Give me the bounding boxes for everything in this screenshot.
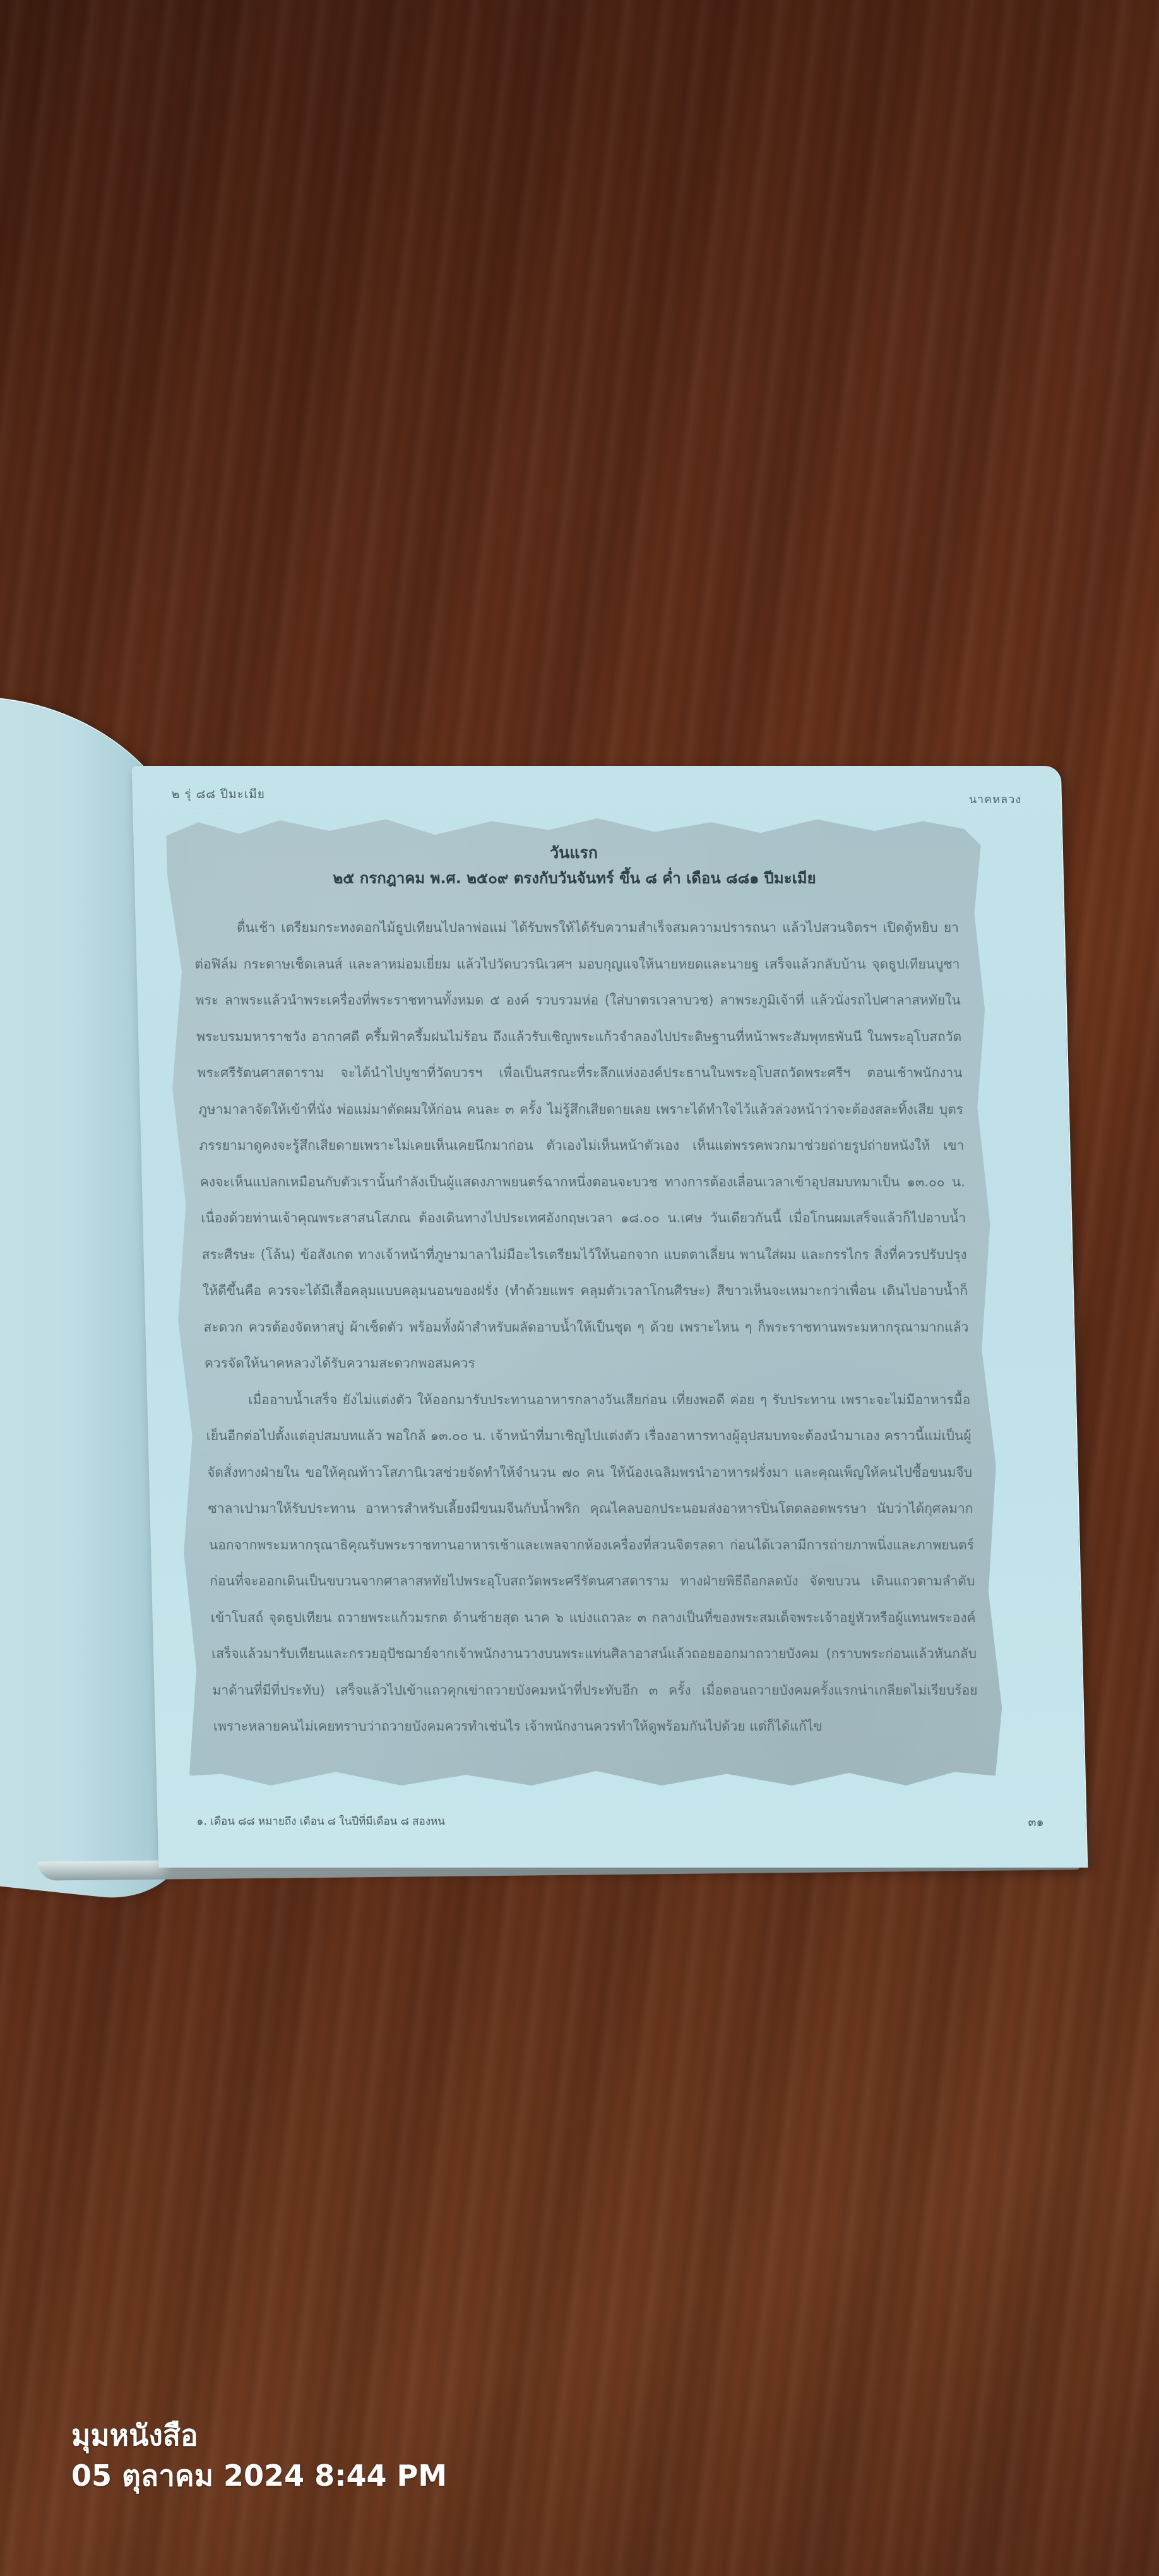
paragraph: เมื่ออาบน้ำเสร็จ ยังไม่แต่งตัว ให้ออกมาร… xyxy=(205,1382,979,1745)
photo-watermark: มุมหนังสือ 05 ตุลาคม 2024 8:44 PM xyxy=(71,2415,447,2496)
watermark-title: มุมหนังสือ xyxy=(71,2415,447,2455)
running-head-left: ๒ รุ่ ๘๘ ปีมะเมีย xyxy=(171,785,265,804)
chapter-date: ๒๕ กรกฎาคม พ.ศ. ๒๕๐๙ ตรงกับวันจันทร์ ขึ้… xyxy=(167,866,982,890)
chapter-title: วันแรก xyxy=(167,840,982,866)
running-head-right: นาคหลวง xyxy=(968,790,1021,808)
body-text: ตื่นเช้า เตรียมกระทงดอกไม้ธูปเทียนไปลาพ่… xyxy=(193,910,978,1745)
right-page: ๒ รุ่ ๘๘ ปีมะเมีย นาคหลวง วันแรก ๒๕ กรกฎ… xyxy=(132,766,1087,1868)
watermark-datetime: 05 ตุลาคม 2024 8:44 PM xyxy=(71,2455,447,2496)
paragraph: ตื่นเช้า เตรียมกระทงดอกไม้ธูปเทียนไปลาพ่… xyxy=(193,910,970,1382)
open-book: ๒ รุ่ ๘๘ ปีมะเมีย นาคหลวง วันแรก ๒๕ กรกฎ… xyxy=(0,0,1159,2576)
footnote: ๑. เดือน ๘๘ หมายถึง เดือน ๘ ในปีที่มีเดื… xyxy=(196,1813,445,1830)
page-number: ๓๑ xyxy=(1028,1813,1044,1832)
parchment-text-panel: วันแรก ๒๕ กรกฎาคม พ.ศ. ๒๕๐๙ ตรงกับวันจัน… xyxy=(166,816,1004,1786)
